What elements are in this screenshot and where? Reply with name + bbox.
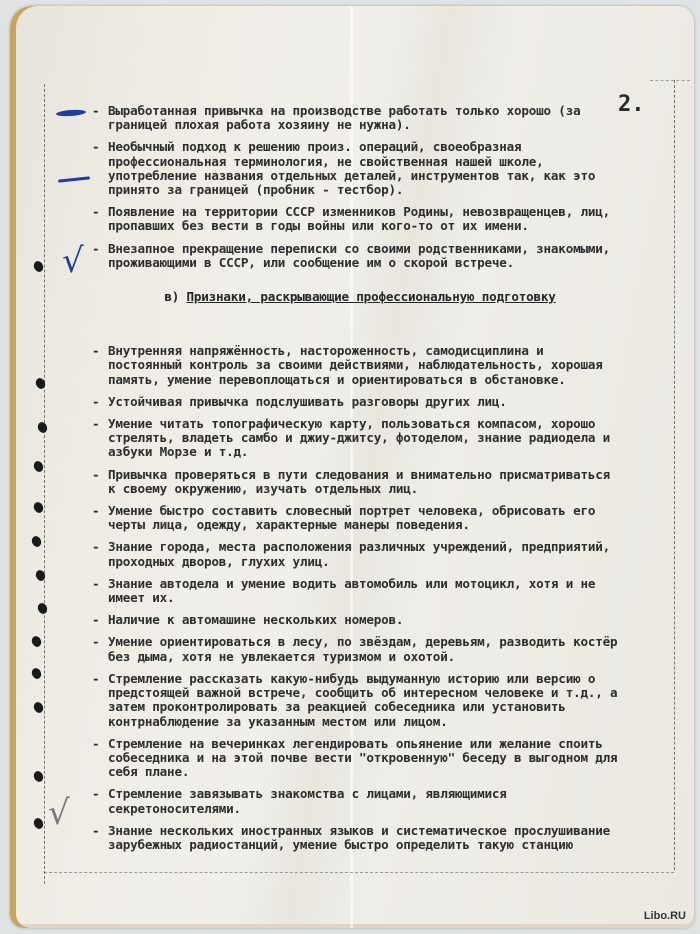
margin-line-left bbox=[44, 84, 45, 884]
binding-hole-icon bbox=[36, 421, 49, 435]
bullet-dash-icon: - bbox=[92, 737, 99, 751]
list-item: -Стремление завязывать знакомства с лица… bbox=[80, 787, 620, 815]
bullet-dash-icon: - bbox=[92, 613, 99, 627]
watermark: Libo.RU bbox=[644, 910, 686, 922]
list-item-text: Знание города, места расположения различ… bbox=[108, 540, 620, 568]
binding-hole-icon bbox=[30, 667, 43, 681]
list-item: -Наличие к автомашине нескольких номеров… bbox=[80, 613, 620, 627]
list-item-text: Устойчивая привычка подслушивать разгово… bbox=[108, 395, 620, 409]
list-item-text: Умение читать топографическую карту, пол… bbox=[108, 417, 620, 460]
list-item-text: Наличие к автомашине нескольких номеров. bbox=[108, 613, 620, 627]
section-letter: в) bbox=[164, 289, 179, 304]
binding-hole-icon bbox=[32, 260, 45, 274]
list-item-text: Внезапное прекращение переписки со своим… bbox=[108, 242, 620, 270]
bullet-dash-icon: - bbox=[92, 395, 99, 409]
list-item-text: Знание автодела и умение водить автомоби… bbox=[108, 577, 620, 605]
binding-hole-icon bbox=[30, 635, 43, 649]
binding-hole-icon bbox=[32, 701, 45, 715]
list-item-text: Внутренняя напряжённость, настороженност… bbox=[108, 344, 620, 387]
bullet-dash-icon: - bbox=[92, 672, 99, 686]
list-item-text: Выработанная привычка на производстве ра… bbox=[108, 104, 620, 132]
list-item: -Умение быстро составить словесный портр… bbox=[80, 504, 620, 532]
bullet-dash-icon: - bbox=[92, 344, 99, 358]
list-item: -Выработанная привычка на производстве р… bbox=[80, 104, 620, 132]
bullet-dash-icon: - bbox=[92, 468, 99, 482]
list-item: -Внезапное прекращение переписки со свои… bbox=[80, 242, 620, 270]
bullet-dash-icon: - bbox=[92, 417, 99, 431]
pencil-checkmark-icon: √ bbox=[48, 796, 70, 830]
binding-hole-icon bbox=[32, 501, 45, 515]
bullet-dash-icon: - bbox=[92, 140, 99, 154]
list-item: -Внутренняя напряжённость, настороженнос… bbox=[80, 344, 620, 387]
page-number: 2. bbox=[618, 92, 645, 117]
list-item: -Умение ориентироваться в лесу, по звёзд… bbox=[80, 635, 620, 663]
list-item: -Знание нескольких иностранных языков и … bbox=[80, 824, 620, 852]
bullet-dash-icon: - bbox=[92, 787, 99, 801]
list-item-text: Привычка проверяться в пути следования и… bbox=[108, 468, 620, 496]
margin-line-bottom bbox=[44, 872, 674, 873]
document-page: 2. √ √ -Выработанная привычка на произво… bbox=[10, 6, 694, 928]
list-item-text: Умение ориентироваться в лесу, по звёзда… bbox=[108, 635, 620, 663]
binding-hole-icon bbox=[32, 770, 45, 784]
bullet-dash-icon: - bbox=[92, 540, 99, 554]
list-item-text: Появление на территории СССР изменников … bbox=[108, 205, 620, 233]
bullet-dash-icon: - bbox=[92, 824, 99, 838]
bullet-dash-icon: - bbox=[92, 635, 99, 649]
section-title: Признаки, раскрывающие профессиональную … bbox=[187, 289, 556, 304]
section-heading: в) Признаки, раскрывающие профессиональн… bbox=[80, 290, 620, 304]
list-item-text: Стремление на вечеринках легендировать о… bbox=[108, 737, 620, 780]
list-item: -Стремление на вечеринках легендировать … bbox=[80, 737, 620, 780]
binding-hole-icon bbox=[30, 535, 43, 549]
margin-line-top bbox=[650, 80, 690, 81]
list-item-text: Необычный подход к решению произ. операц… bbox=[108, 140, 620, 197]
list-item: -Необычный подход к решению произ. опера… bbox=[80, 140, 620, 197]
list-item: -Устойчивая привычка подслушивать разгов… bbox=[80, 395, 620, 409]
list-item: -Появление на территории СССР изменников… bbox=[80, 205, 620, 233]
binding-hole-icon bbox=[32, 460, 45, 474]
list-item-text: Знание нескольких иностранных языков и с… bbox=[108, 824, 620, 852]
bullet-list-top: -Выработанная привычка на производстве р… bbox=[80, 104, 620, 270]
margin-line-right bbox=[674, 80, 675, 870]
document-body: -Выработанная привычка на производстве р… bbox=[80, 104, 620, 860]
list-item: -Умение читать топографическую карту, по… bbox=[80, 417, 620, 460]
list-item-text: Стремление завязывать знакомства с лицам… bbox=[108, 787, 620, 815]
bullet-dash-icon: - bbox=[92, 577, 99, 591]
list-item: -Стремление рассказать какую-нибудь выду… bbox=[80, 672, 620, 729]
list-item: -Привычка проверяться в пути следования … bbox=[80, 468, 620, 496]
bullet-dash-icon: - bbox=[92, 104, 99, 118]
bullet-dash-icon: - bbox=[92, 205, 99, 219]
list-item: -Знание автодела и умение водить автомоб… bbox=[80, 577, 620, 605]
list-item-text: Стремление рассказать какую-нибудь выдум… bbox=[108, 672, 620, 729]
binding-hole-icon bbox=[36, 602, 49, 616]
binding-hole-icon bbox=[32, 817, 45, 831]
bullet-list-section: -Внутренняя напряжённость, настороженнос… bbox=[80, 344, 620, 852]
list-item: -Знание города, места расположения разли… bbox=[80, 540, 620, 568]
bullet-dash-icon: - bbox=[92, 242, 99, 256]
bullet-dash-icon: - bbox=[92, 504, 99, 518]
list-item-text: Умение быстро составить словесный портре… bbox=[108, 504, 620, 532]
